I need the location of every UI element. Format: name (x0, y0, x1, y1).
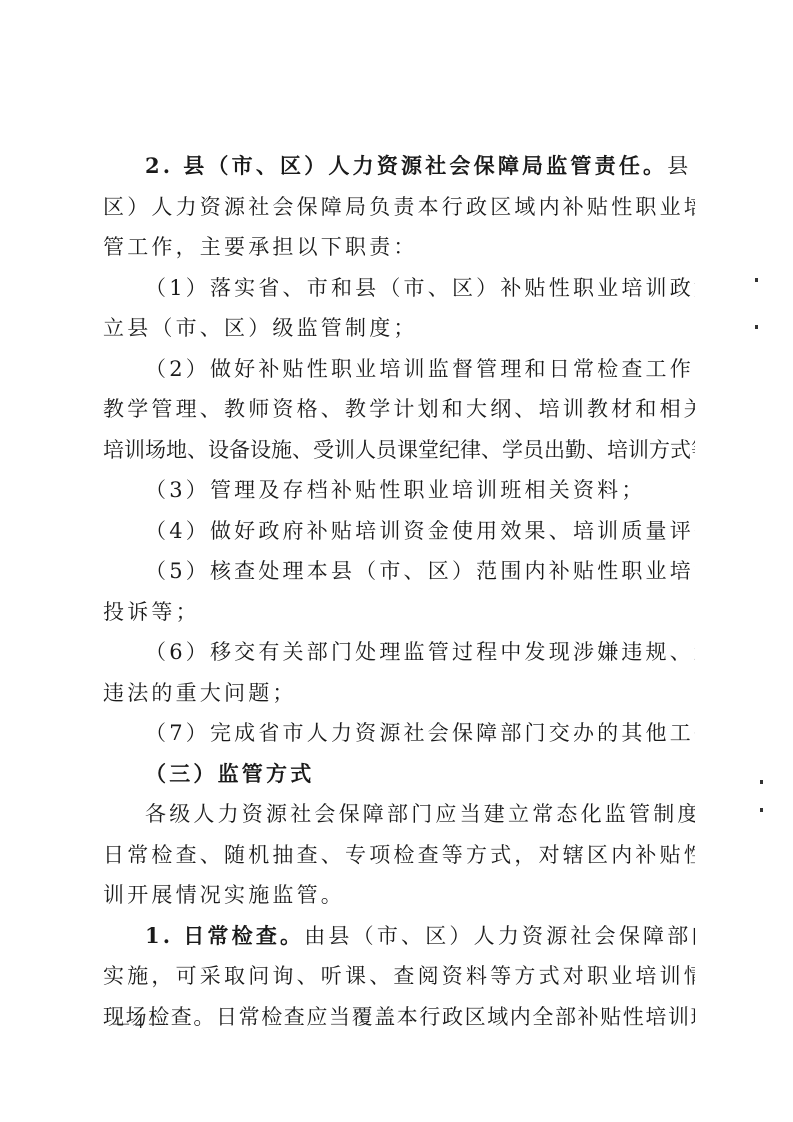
paragraph-duty-4: （4）做好政府补贴培训资金使用效果、培训质量评估； (103, 511, 695, 552)
text-line: 训开展情况实施监管。 (103, 875, 695, 916)
text-line: 2. 县（市、区）人力资源社会保障局监管责任。县（市、 (103, 146, 695, 187)
text-line: （3）管理及存档补贴性职业培训班相关资料； (103, 470, 695, 511)
scan-mark (755, 278, 758, 282)
text-line: 各级人力资源社会保障部门应当建立常态化监管制度，采取 (103, 794, 695, 835)
text-line: （7）完成省市人力资源社会保障部门交办的其他工作。 (103, 713, 695, 754)
text-line: 教学管理、教师资格、教学计划和大纲、培训教材和相关资料、 (103, 389, 695, 430)
text-line: （5）核查处理本县（市、区）范围内补贴性职业培训举报 (103, 551, 695, 592)
paragraph-duty-6: （6）移交有关部门处理监管过程中发现涉嫌违规、违纪、 违法的重大问题； (103, 632, 695, 713)
text-line: 管工作，主要承担以下职责： (103, 227, 695, 268)
text-line: （1）落实省、市和县（市、区）补贴性职业培训政策，建 (103, 268, 695, 309)
paragraph-supervision-methods: 各级人力资源社会保障部门应当建立常态化监管制度，采取 日常检查、随机抽查、专项检… (103, 794, 695, 916)
paragraph-duty-7: （7）完成省市人力资源社会保障部门交办的其他工作。 (103, 713, 695, 754)
text-line: 投诉等； (103, 592, 695, 633)
text-line: 现场检查。日常检查应当覆盖本行政区域内全部补贴性培训班期。 (103, 997, 695, 1038)
paragraph-county-responsibility: 2. 县（市、区）人力资源社会保障局监管责任。县（市、 区）人力资源社会保障局负… (103, 146, 695, 268)
text-line: 违法的重大问题； (103, 673, 695, 714)
item-lead-heading: 日常检查。 (183, 923, 304, 948)
scan-mark (760, 808, 763, 812)
line-text: 由县（市、区）人力资源社会保障部门组织 (304, 924, 695, 948)
text-line: 培训场地、设备设施、受训人员课堂纪律、学员出勤、培训方式等）； (103, 430, 695, 471)
text-line: （6）移交有关部门处理监管过程中发现涉嫌违规、违纪、 (103, 632, 695, 673)
item-number: 1. (145, 923, 173, 948)
text-line: 区）人力资源社会保障局负责本行政区域内补贴性职业培训的监 (103, 187, 695, 228)
document-page: 2. 县（市、区）人力资源社会保障局监管责任。县（市、 区）人力资源社会保障局负… (0, 0, 793, 1122)
scan-mark (755, 325, 758, 329)
section-heading: （三）监管方式 (103, 754, 695, 795)
text-line: （4）做好政府补贴培训资金使用效果、培训质量评估； (103, 511, 695, 552)
section-heading-supervision-methods: （三）监管方式 (103, 754, 695, 795)
item-lead-heading: 县（市、区）人力资源社会保障局监管责任。 (183, 153, 667, 178)
item-number: 2. (145, 153, 173, 178)
page-number: — 4 — (113, 1015, 166, 1033)
scan-mark (760, 780, 763, 784)
text-line: （2）做好补贴性职业培训监督管理和日常检查工作（包括 (103, 349, 695, 390)
document-body: 2. 县（市、区）人力资源社会保障局监管责任。县（市、 区）人力资源社会保障局负… (103, 146, 695, 1037)
paragraph-duty-2: （2）做好补贴性职业培训监督管理和日常检查工作（包括 教学管理、教师资格、教学计… (103, 349, 695, 471)
text-line: 1. 日常检查。由县（市、区）人力资源社会保障部门组织 (103, 916, 695, 957)
text-line: 立县（市、区）级监管制度； (103, 308, 695, 349)
text-line: 日常检查、随机抽查、专项检查等方式，对辖区内补贴性职业培 (103, 835, 695, 876)
paragraph-daily-inspection: 1. 日常检查。由县（市、区）人力资源社会保障部门组织 实施，可采取问询、听课、… (103, 916, 695, 1038)
paragraph-duty-1: （1）落实省、市和县（市、区）补贴性职业培训政策，建 立县（市、区）级监管制度； (103, 268, 695, 349)
text-line: 实施，可采取问询、听课、查阅资料等方式对职业培训情况进行 (103, 956, 695, 997)
paragraph-duty-5: （5）核查处理本县（市、区）范围内补贴性职业培训举报 投诉等； (103, 551, 695, 632)
line-text: 县（市、 (667, 154, 695, 178)
paragraph-duty-3: （3）管理及存档补贴性职业培训班相关资料； (103, 470, 695, 511)
